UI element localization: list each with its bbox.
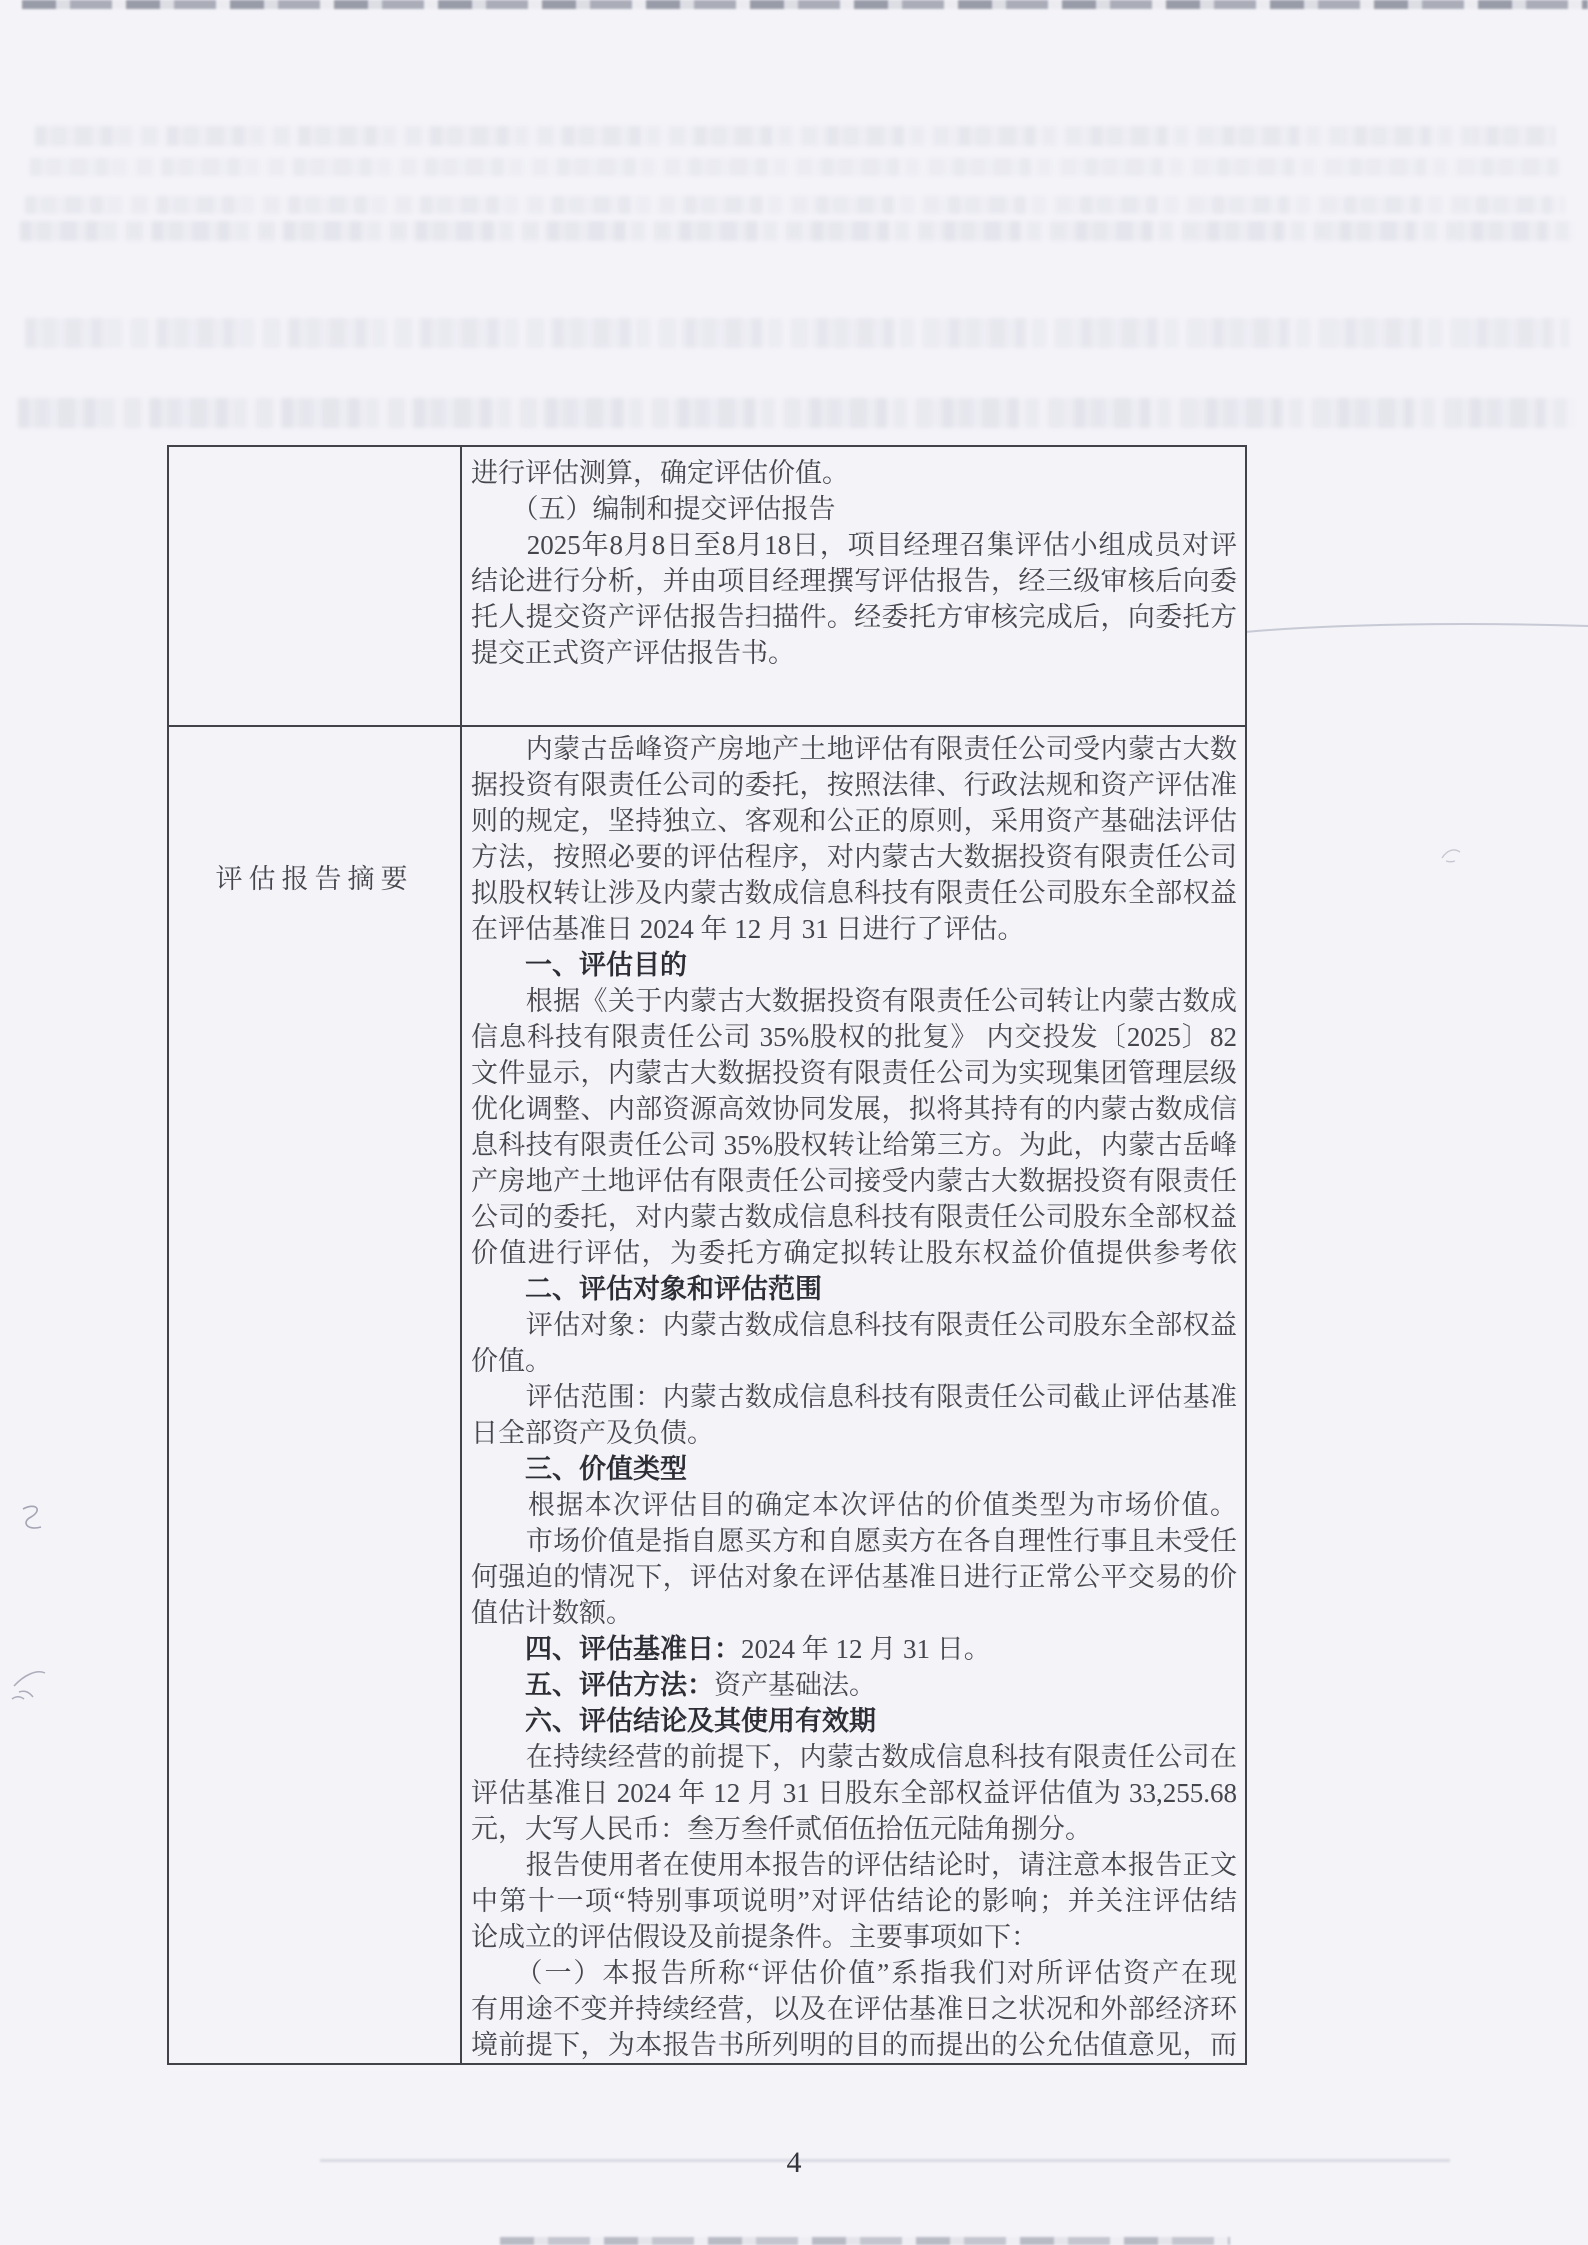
text-line: 托人提交资产评估报告扫描件。经委托方审核完成后，向委托方	[471, 599, 1237, 635]
text-line: 市场价值是指自愿买方和自愿卖方在各自理性行事且未受任	[471, 1523, 1237, 1559]
text-line: 方法，按照必要的评估程序，对内蒙古大数据投资有限责任公司	[471, 839, 1237, 875]
page-number: 4	[0, 2146, 1588, 2180]
text-line: 进行评估测算，确定评估价值。	[471, 455, 1237, 491]
text-line: 则的规定，坚持独立、客观和公正的原则，采用资产基础法评估	[471, 803, 1237, 839]
pencil-mark	[6, 1655, 52, 1703]
section-heading: 二、评估对象和评估范围	[471, 1271, 1237, 1307]
scanned-document-page: 评估报告摘要 进行评估测算，确定评估价值。 （五）编制和提交评估报告 2025年…	[0, 0, 1588, 2245]
label-cell-row1	[169, 447, 460, 725]
text-line: 报告使用者在使用本报告的评估结论时，请注意本报告正文	[471, 1847, 1237, 1883]
section-heading: 五、评估方法：资产基础法。	[471, 1667, 1237, 1703]
text-line: 何强迫的情况下，评估对象在评估基准日进行正常公平交易的价	[471, 1559, 1237, 1595]
text-line: 文件显示，内蒙古大数据投资有限责任公司为实现集团管理层级	[471, 1055, 1237, 1091]
text-line: 内蒙古岳峰资产房地产土地评估有限责任公司受内蒙古大数	[471, 731, 1237, 767]
section-heading: 一、评估目的	[471, 947, 1237, 983]
text-line: 提交正式资产评估报告书。	[471, 635, 1237, 671]
procedure-text-cell: 进行评估测算，确定评估价值。 （五）编制和提交评估报告 2025年8月8日至8月…	[462, 447, 1245, 725]
section-heading: 三、价值类型	[471, 1451, 1237, 1487]
pencil-mark	[16, 1500, 50, 1546]
text-line: 公司的委托，对内蒙古数成信息科技有限责任公司股东全部权益	[471, 1199, 1237, 1235]
scan-artifact-curve	[1245, 618, 1588, 638]
text-line: 价值进行评估，为委托方确定拟转让股东权益价值提供参考依据。	[471, 1235, 1237, 1271]
text-line: 拟股权转让涉及内蒙古数成信息科技有限责任公司股东全部权益	[471, 875, 1237, 911]
section-heading: 六、评估结论及其使用有效期	[471, 1703, 1237, 1739]
text-line: 境前提下，为本报告书所列明的目的而提出的公允估值意见，而	[471, 2027, 1237, 2063]
text-line: 在持续经营的前提下，内蒙古数成信息科技有限责任公司在	[471, 1739, 1237, 1775]
text-line: 产房地产土地评估有限责任公司接受内蒙古大数据投资有限责任	[471, 1163, 1237, 1199]
scan-artifact-band	[35, 126, 1555, 146]
text-line: 息科技有限责任公司 35%股权转让给第三方。为此，内蒙古岳峰资	[471, 1127, 1237, 1163]
summary-text-cell: 内蒙古岳峰资产房地产土地评估有限责任公司受内蒙古大数 据投资有限责任公司的委托，…	[462, 727, 1245, 2063]
text-line: 信息科技有限责任公司 35%股权的批复》 内交投发〔2025〕82 号	[471, 1019, 1237, 1055]
text-line: 日全部资产及负债。	[471, 1415, 1237, 1451]
text-line: 优化调整、内部资源高效协同发展，拟将其持有的内蒙古数成信	[471, 1091, 1237, 1127]
scan-artifact-band	[18, 398, 1576, 428]
text-line: 价值。	[471, 1343, 1237, 1379]
scan-artifact-band	[25, 318, 1570, 348]
summary-label: 评估报告摘要	[216, 864, 414, 894]
text-line: （一）本报告所称“评估价值”系指我们对所评估资产在现	[471, 1955, 1237, 1991]
text-line: 在评估基准日 2024 年 12 月 31 日进行了评估。	[471, 911, 1237, 947]
text-line: 根据本次评估目的确定本次评估的价值类型为市场价值。	[471, 1487, 1237, 1523]
text-line: 结论进行分析，并由项目经理撰写评估报告，经三级审核后向委	[471, 563, 1237, 599]
scan-artifact-band	[22, 0, 1588, 9]
text-line: 元，大写人民币：叁万叁仟贰佰伍拾伍元陆角捌分。	[471, 1811, 1237, 1847]
text-line: （五）编制和提交评估报告	[471, 491, 1237, 527]
text-line: 根据《关于内蒙古大数据投资有限责任公司转让内蒙古数成	[471, 983, 1237, 1019]
scan-artifact-band	[30, 158, 1560, 176]
pencil-mark	[1438, 842, 1464, 866]
text-line: 评估范围：内蒙古数成信息科技有限责任公司截止评估基准	[471, 1379, 1237, 1415]
text-line: 评估对象：内蒙古数成信息科技有限责任公司股东全部权益	[471, 1307, 1237, 1343]
text-line: 论成立的评估假设及前提条件。主要事项如下：	[471, 1919, 1237, 1955]
text-line: 据投资有限责任公司的委托，按照法律、行政法规和资产评估准	[471, 767, 1237, 803]
text-line: 值估计数额。	[471, 1595, 1237, 1631]
text-line: 有用途不变并持续经营，以及在评估基准日之状况和外部经济环	[471, 1991, 1237, 2027]
report-summary-table: 评估报告摘要 进行评估测算，确定评估价值。 （五）编制和提交评估报告 2025年…	[167, 445, 1247, 2065]
text-line: 中第十一项“特别事项说明”对评估结论的影响；并关注评估结	[471, 1883, 1237, 1919]
section-heading: 四、评估基准日：2024 年 12 月 31 日。	[471, 1631, 1237, 1667]
scan-artifact-band	[20, 221, 1575, 241]
label-cell-summary: 评估报告摘要	[169, 727, 460, 2063]
scan-artifact-band	[500, 2237, 1230, 2245]
text-line: 评估基准日 2024 年 12 月 31 日股东全部权益评估值为 33,255.…	[471, 1775, 1237, 1811]
scan-artifact-band	[25, 196, 1565, 214]
text-line: 2025年8月8日至8月18日，项目经理召集评估小组成员对评估	[471, 527, 1237, 563]
